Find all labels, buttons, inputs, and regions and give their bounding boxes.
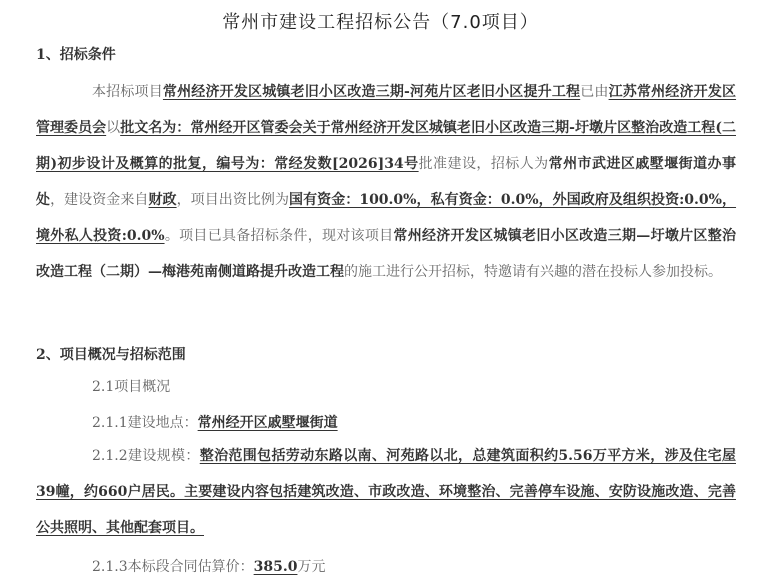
unit: 万元 xyxy=(297,559,325,575)
text: 的施工进行公开招标，特邀请有兴趣的潜在投标人参加投标。 xyxy=(344,264,722,280)
text: ，项目出资比例为 xyxy=(177,192,289,208)
project-name: 常州经济开发区城镇老旧小区改造三期-河苑片区老旧小区提升工程 xyxy=(163,84,580,100)
subsection-2-1-3: 2.1.3本标段合同估算价：385.0万元 xyxy=(92,556,325,576)
subsection-2-1-1: 2.1.1建设地点：常州经开区戚墅堰街道 xyxy=(92,412,338,432)
text: 以 xyxy=(106,120,120,136)
construction-site: 常州经开区戚墅堰街道 xyxy=(198,415,338,431)
fund-source: 财政 xyxy=(148,192,176,208)
text: 。项目已具备招标条件，现对该项目 xyxy=(165,228,394,244)
label: 2.1.1建设地点： xyxy=(92,415,198,431)
text: 批准建设，招标人为 xyxy=(419,156,549,172)
subsection-2-1-2: 2.1.2建设规模：整治范围包括劳动东路以南、河苑路以北，总建筑面积约5.56万… xyxy=(36,438,736,546)
label: 2.1.3本标段合同估算价： xyxy=(92,559,254,575)
page-title: 常州市建设工程招标公告（7.0项目） xyxy=(0,8,761,34)
subsection-2-1: 2.1项目概况 xyxy=(92,376,170,396)
text: 本招标项目 xyxy=(92,84,163,100)
section-1-paragraph: 本招标项目常州经济开发区城镇老旧小区改造三期-河苑片区老旧小区提升工程已由江苏常… xyxy=(36,74,736,290)
label: 2.1.2建设规模： xyxy=(92,448,200,464)
contract-estimate: 385.0 xyxy=(254,559,298,575)
section-1-heading: 1、招标条件 xyxy=(36,44,116,64)
text: 已由 xyxy=(580,84,608,100)
section-2-heading: 2、项目概况与招标范围 xyxy=(36,344,186,364)
text: ，建设资金来自 xyxy=(50,192,148,208)
